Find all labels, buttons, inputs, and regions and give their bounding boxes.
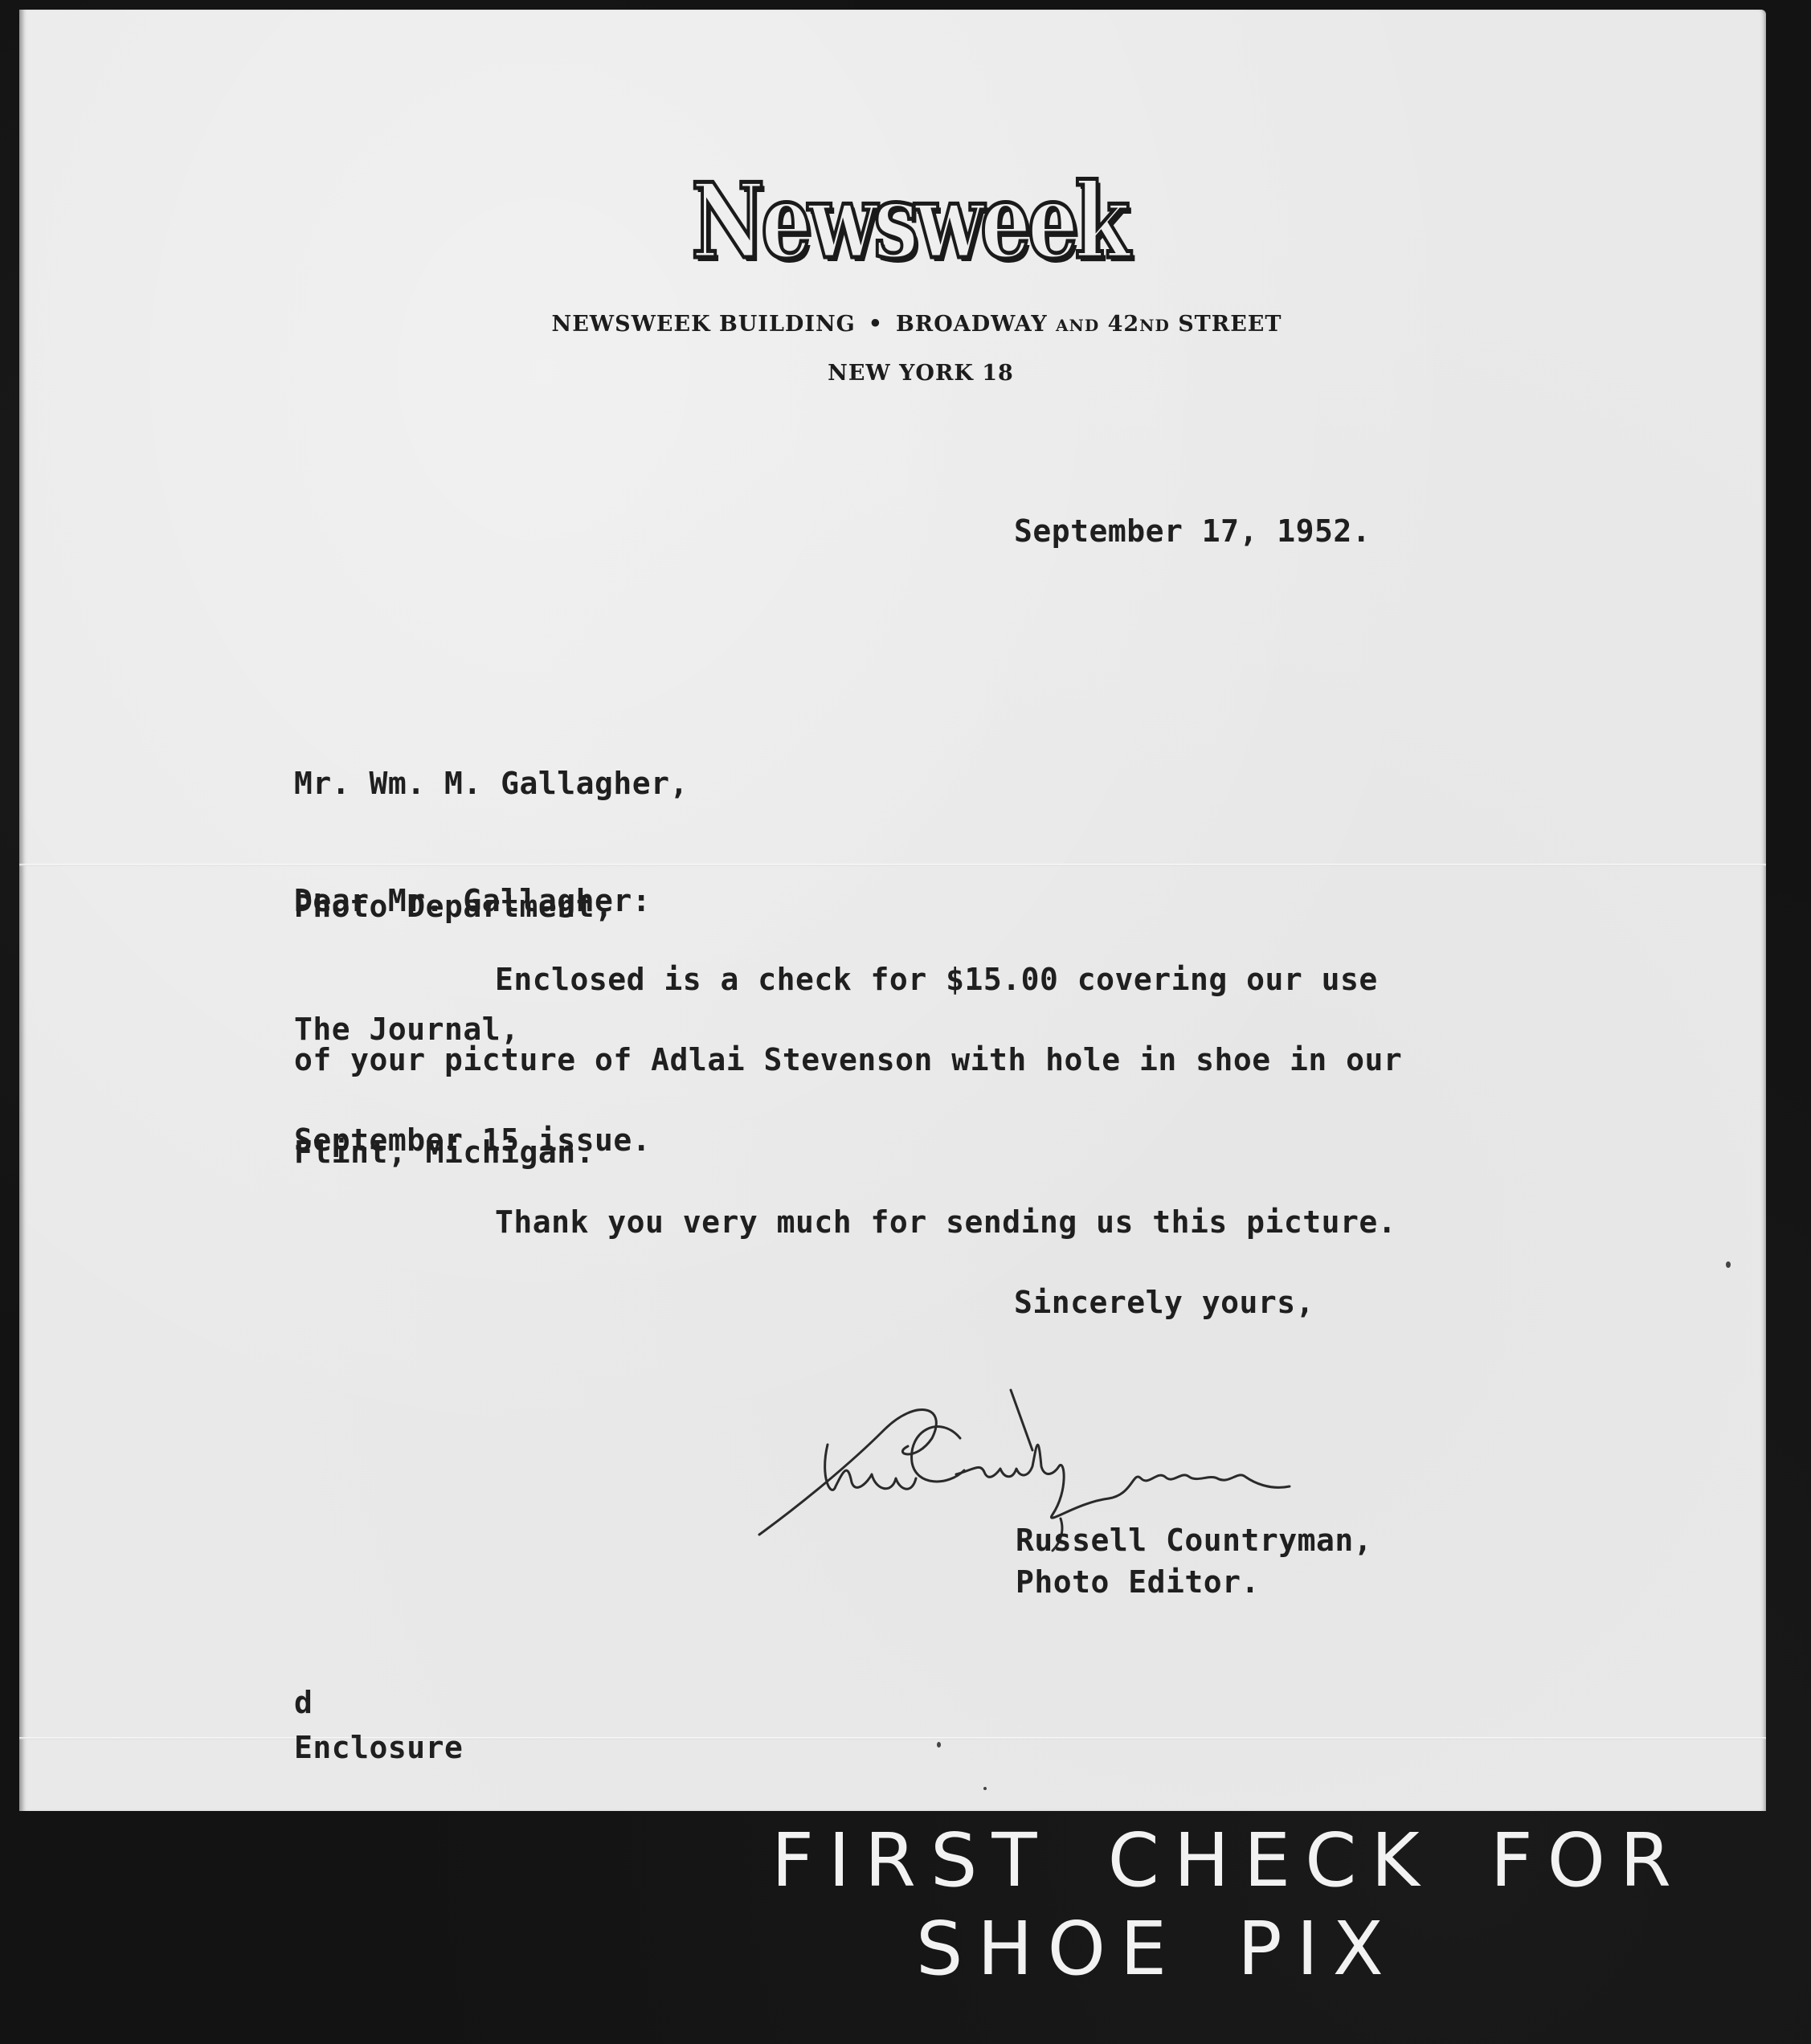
salutation: Dear Mr. Gallagher:: [294, 885, 651, 916]
enclosure-note: Enclosure: [294, 1732, 463, 1763]
paper-speck: [937, 1742, 941, 1748]
caption-word: SHOE: [916, 1906, 1181, 1992]
letter-date: September 17, 1952.: [1014, 516, 1371, 546]
address-ordinal: ND: [1139, 316, 1170, 335]
newsweek-logo: Newsweek: [691, 170, 1126, 273]
reference-initials: d: [294, 1687, 313, 1718]
complimentary-closing: Sincerely yours,: [1014, 1287, 1314, 1318]
address-street: BROADWAY: [896, 312, 1048, 337]
letterhead: Newsweek NEWSWEEK BUILDING•BROADWAY AND …: [19, 170, 1766, 386]
bullet-separator-icon: •: [869, 312, 883, 337]
caption-word: FIRST: [771, 1817, 1052, 1903]
address-street-word: STREET: [1178, 312, 1282, 337]
body-paragraph-1-line-3: September 15 issue.: [294, 1125, 651, 1155]
letterhead-city: NEW YORK 18: [76, 361, 1766, 386]
signer-name: Russell Countryman,: [1016, 1525, 1372, 1555]
address-building: NEWSWEEK BUILDING: [552, 312, 856, 337]
caption-word: FOR: [1490, 1817, 1686, 1903]
address-and: AND: [1056, 316, 1099, 335]
paper-speck: [983, 1787, 987, 1790]
paper-fold-line: [19, 864, 1766, 866]
paper-fold-line-lower: [19, 1737, 1766, 1739]
caption-word: CHECK: [1108, 1817, 1434, 1903]
caption-word: PIX: [1237, 1906, 1398, 1992]
paper-speck: [1726, 1261, 1731, 1268]
body-paragraph-1-line-1: Enclosed is a check for $15.00 covering …: [495, 964, 1378, 995]
signer-title: Photo Editor.: [1016, 1567, 1260, 1597]
caption-line-1: FIRSTCHECKFOR: [771, 1824, 1742, 1898]
body-paragraph-2: Thank you very much for sending us this …: [495, 1207, 1396, 1237]
recipient-line: Mr. Wm. M. Gallagher,: [294, 763, 689, 804]
address-number: 42: [1108, 312, 1140, 337]
caption-line-2: SHOEPIX: [916, 1912, 1454, 1986]
letterhead-address: NEWSWEEK BUILDING•BROADWAY AND 42ND STRE…: [67, 312, 1766, 337]
body-paragraph-1-line-2: of your picture of Adlai Stevenson with …: [294, 1044, 1402, 1075]
